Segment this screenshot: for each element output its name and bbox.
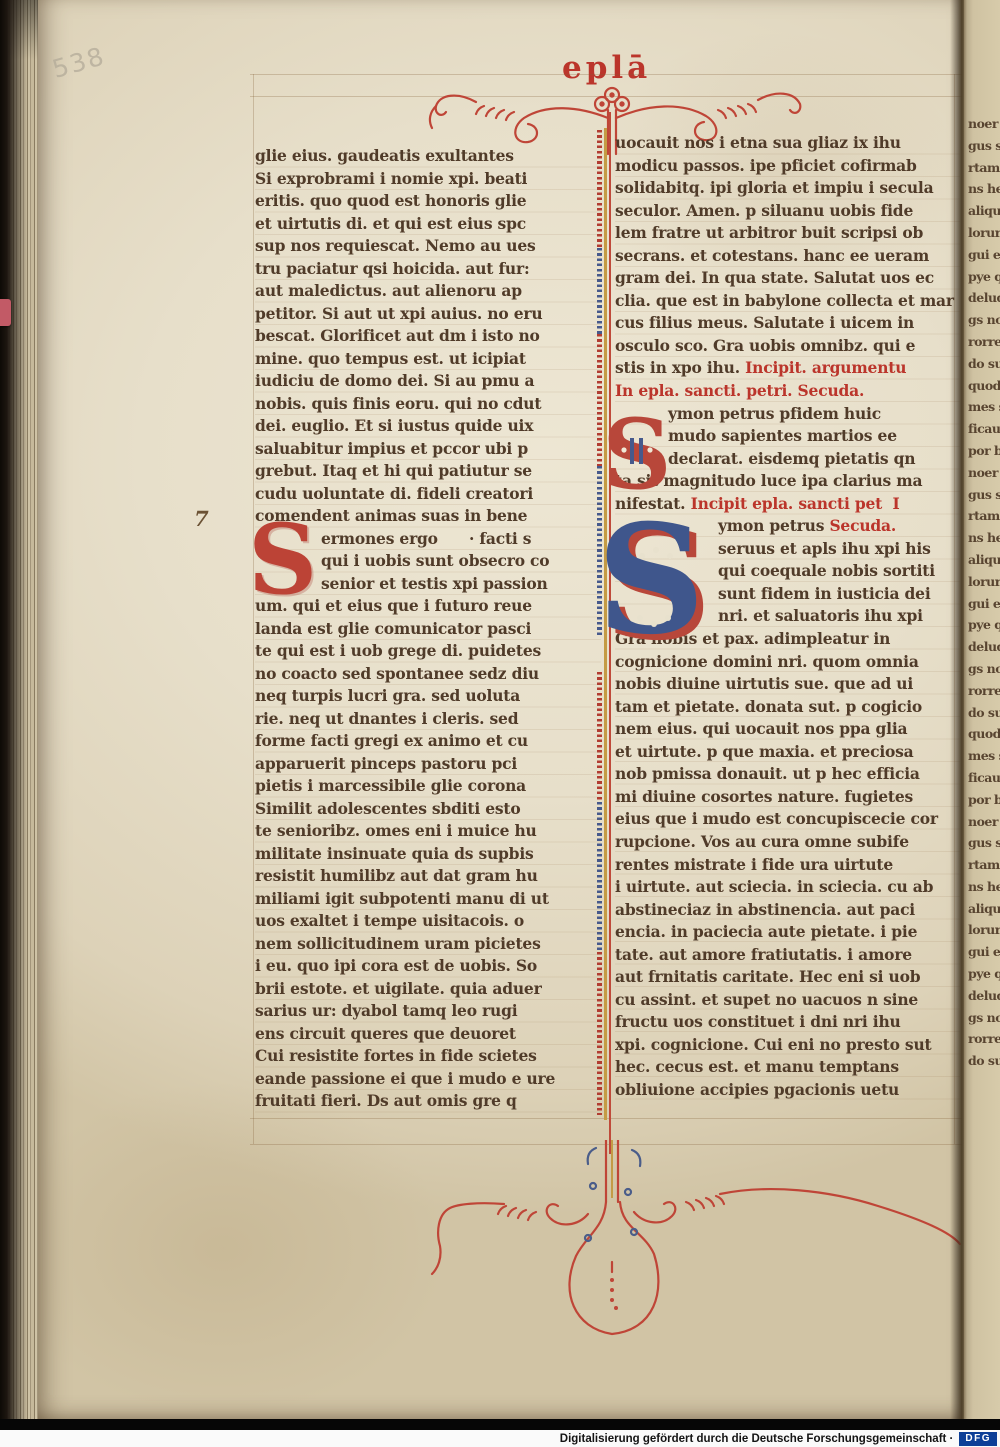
- text-line-fragment: por ba: [968, 441, 1000, 463]
- text-line: tam et pietate. donata sut. p cogicio: [615, 696, 960, 719]
- text-line: eritis. quo quod est honoris glie: [255, 190, 601, 213]
- text-line: senior et testis xpi passion: [321, 573, 601, 596]
- text-line: i eu. quo ipi cora est de uobis. So: [255, 955, 601, 978]
- pencil-folio-number: 538: [49, 41, 109, 84]
- text-line-fragment: rtam u: [968, 158, 1000, 180]
- text-line: cu assint. et supet no uacuos n sine: [615, 989, 960, 1012]
- text-line-fragment: ficau: [968, 768, 1000, 790]
- text-line: Cui resistite fortes in fide scietes: [255, 1045, 601, 1068]
- text-line: In epla. sancti. petri. Secuda.: [615, 380, 960, 403]
- page-gap-shadow: [950, 0, 964, 1419]
- text-line: ymon petrus pfidem huic: [668, 403, 960, 426]
- text-line: rie. neq ut dnantes i cleris. sed: [255, 708, 601, 731]
- text-line: te senioribz. omes eni i muice hu: [255, 820, 601, 843]
- manuscript-page: 538 eplā: [38, 0, 962, 1419]
- text-line: cudu uoluntate di. fideli creatori: [255, 483, 601, 506]
- text-line: clia. que est in babylone collecta et ma…: [615, 290, 960, 313]
- text-line-fragment: rorreo: [968, 332, 1000, 354]
- digitization-credit-bar: Digitalisierung gefördert durch die Deut…: [0, 1430, 1000, 1447]
- text-line: xpi. cognicione. Cui eni no presto sut: [615, 1034, 960, 1057]
- text-line: rupcione. Vos au cura omne subife: [615, 831, 960, 854]
- text-line: i uirtute. aut sciecia. in sciecia. cu a…: [615, 876, 960, 899]
- text-line: gram dei. In qua state. Salutat uos ec: [615, 267, 960, 290]
- text-segment: Incipit epla. sancti pet I: [691, 494, 900, 513]
- text-line-fragment: quod u: [968, 376, 1000, 398]
- running-title-epla: eplā: [562, 50, 651, 86]
- text-line: nobis diuine uirtutis sue. que ad ui: [615, 673, 960, 696]
- text-line: hec. cecus est. et manu temptans: [615, 1056, 960, 1079]
- text-line-fragment: rtam u: [968, 855, 1000, 877]
- text-line: resistit humilibz aut dat gram hu: [255, 865, 601, 888]
- text-line-fragment: mes sa: [968, 397, 1000, 419]
- text-line: petitor. Si aut ut xpi auius. no eru: [255, 303, 601, 326]
- text-line: te qui est i uob grege di. puidetes: [255, 640, 601, 663]
- text-line: abstineciaz in abstinencia. aut paci: [615, 899, 960, 922]
- text-line: mine. quo tempus est. ut icipiat: [255, 348, 601, 371]
- text-line-fragment: gs nos: [968, 310, 1000, 332]
- text-line-fragment: lorur u: [968, 920, 1000, 942]
- text-line-fragment: gui elm: [968, 942, 1000, 964]
- penwork-flourish-bottom-icon: [428, 1140, 973, 1345]
- credit-text: Digitalisierung gefördert durch die Deut…: [560, 1433, 954, 1445]
- svg-text:S: S: [597, 512, 705, 664]
- text-line-fragment: rtam u: [968, 506, 1000, 528]
- dfg-logo: DFG: [959, 1432, 997, 1446]
- decorated-initial-s-argumentum: S: [606, 408, 668, 506]
- text-line: modicu passos. ipe pficiet cofirmab: [615, 155, 960, 178]
- text-line: no coacto sed spontanee sedz diu: [255, 663, 601, 686]
- text-line: iudiciu de domo dei. Si au pmu a: [255, 370, 601, 393]
- text-line: nob pmissa donauit. ut p hec efficia: [615, 763, 960, 786]
- text-line: fructu uos constituet i dni nri ihu: [615, 1011, 960, 1034]
- text-line-fragment: ns hec: [968, 179, 1000, 201]
- text-line: encia. in paciecia aute pietate. i pie: [615, 921, 960, 944]
- text-line: bescat. Glorificet aut dm i isto no: [255, 325, 601, 348]
- text-line: Si exprobrami i nomie xpi. beati: [255, 168, 601, 191]
- text-line: glie eius. gaudeatis exultantes: [255, 145, 601, 168]
- text-line: mi diuine cosortes nature. fugietes: [615, 786, 960, 809]
- text-line: dei. euglio. Et si iustus quide uix: [255, 415, 601, 438]
- text-line: qui i uobis sunt obsecro co: [321, 550, 601, 573]
- text-line: grebut. Itaq et hi qui patiutur se: [255, 460, 601, 483]
- margin-mark: 7: [191, 506, 211, 531]
- bookmark-ribbon: [0, 299, 11, 326]
- text-line: militate insinuate quia ds supbis: [255, 843, 601, 866]
- decorated-initial-s-sermones: S: [248, 516, 317, 604]
- text-line: apparuerit pinceps pastoru pci: [255, 753, 601, 776]
- text-line-fragment: do sul: [968, 703, 1000, 725]
- text-line: saluabitur impius et pccor ubi p: [255, 438, 601, 461]
- text-line: uos exaltet i tempe uisitacois. o: [255, 910, 601, 933]
- text-line-fragment: ficau: [968, 419, 1000, 441]
- text-line: nem sollicitudinem uram picietes: [255, 933, 601, 956]
- text-line-fragment: delud a: [968, 637, 1000, 659]
- text-line: sup nos requiescat. Nemo au ues: [255, 235, 601, 258]
- text-line: secrans. et cotestans. hanc ee ueram: [615, 245, 960, 268]
- text-line: seruus et apls ihu xpi his: [718, 538, 960, 561]
- text-line-fragment: ns hec: [968, 877, 1000, 899]
- text-line: fruitati fieri. Ds aut omis gre q: [255, 1090, 601, 1113]
- text-line-fragment: gus sa: [968, 136, 1000, 158]
- text-line-fragment: do sul: [968, 354, 1000, 376]
- text-line-fragment: noer d: [968, 463, 1000, 485]
- next-page-text-sliver: noer dgus sartam uns hecaliqualorur ugui…: [968, 114, 1000, 1114]
- text-line: sarius ur: dyabol tamq leo rugi: [255, 1000, 601, 1023]
- text-line: nem eius. qui uocauit nos ppa glia: [615, 718, 960, 741]
- text-segment: Secuda.: [829, 516, 896, 535]
- text-line: eius que i mudo est concupiscecie cor: [615, 808, 960, 831]
- text-line-fragment: delud a: [968, 288, 1000, 310]
- text-line: osculo sco. Gra uobis omnibz. qui e: [615, 335, 960, 358]
- text-line-fragment: gui elm: [968, 594, 1000, 616]
- text-line-fragment: gui elm: [968, 245, 1000, 267]
- text-line-fragment: delud a: [968, 986, 1000, 1008]
- text-line: miliami igit subpotenti manu di ut: [255, 888, 601, 911]
- text-line: tru paciatur qsi hoicida. aut fur:: [255, 258, 601, 281]
- text-line-fragment: gus sa: [968, 485, 1000, 507]
- text-line: declarat. eisdemq pietatis qn: [668, 448, 960, 471]
- text-line: ermones ergo · facti s: [321, 528, 601, 551]
- text-line: et uirtutis di. et qui est eius spc: [255, 213, 601, 236]
- scan-frame-bar: [0, 1419, 1000, 1430]
- text-line: solidabitq. ipi gloria et impiu i secula: [615, 177, 960, 200]
- text-line-fragment: ns hec: [968, 528, 1000, 550]
- text-line-fragment: noer d: [968, 812, 1000, 834]
- text-line: et uirtute. p que maxia. et preciosa: [615, 741, 960, 764]
- text-line: uocauit nos i etna sua gliaz ix ihu: [615, 132, 960, 155]
- text-line: nri. et saluatoris ihu xpi: [718, 605, 960, 628]
- text-line: ens circuit queres que deuoret: [255, 1023, 601, 1046]
- ruling-line: [250, 74, 962, 75]
- text-line-fragment: gs nos: [968, 1008, 1000, 1030]
- text-line: sunt fidem in iusticia dei: [718, 583, 960, 606]
- text-line-fragment: por ba: [968, 790, 1000, 812]
- text-line: eande passione ei que i mudo e ure: [255, 1068, 601, 1091]
- text-line: rentes mistrate i fide ura uirtute: [615, 854, 960, 877]
- text-line-fragment: pye qu: [968, 267, 1000, 289]
- text-line: lem fratre ut arbitror buit scripsi ob: [615, 222, 960, 245]
- text-line: stis in xpo ihu. Incipit. argumentu: [615, 357, 960, 380]
- text-line: obliuione accipies pgacionis uetu: [615, 1079, 960, 1102]
- text-line-fragment: pye qu: [968, 615, 1000, 637]
- text-line-fragment: quod u: [968, 724, 1000, 746]
- text-line-fragment: gus sa: [968, 833, 1000, 855]
- text-line-fragment: mes sa: [968, 746, 1000, 768]
- text-line-fragment: do sul: [968, 1051, 1000, 1073]
- text-line: tate. aut amore fratiutatis. i amore: [615, 944, 960, 967]
- text-line: seculor. Amen. p siluanu uobis fide: [615, 200, 960, 223]
- book-page-edges: [0, 0, 40, 1419]
- text-line-fragment: noer d: [968, 114, 1000, 136]
- text-line: cus filius meus. Salutate i uicem in: [615, 312, 960, 335]
- text-line-fragment: rorreo: [968, 681, 1000, 703]
- text-line: forme facti gregi ex animo et cu: [255, 730, 601, 753]
- text-line: brii estote. et uigilate. quia aduer: [255, 978, 601, 1001]
- text-line: Similit adolescentes sbditi esto: [255, 798, 601, 821]
- text-line-fragment: aliqua: [968, 550, 1000, 572]
- text-line: landa est glie comunicator pasci: [255, 618, 601, 641]
- text-segment: ymon petrus: [718, 516, 829, 535]
- text-line-fragment: lorur u: [968, 223, 1000, 245]
- text-line: ymon petrus Secuda.: [718, 515, 960, 538]
- text-line-fragment: pye qu: [968, 964, 1000, 986]
- text-line: neq turpis lucri gra. sed uoluta: [255, 685, 601, 708]
- text-segment: stis in xpo ihu.: [615, 358, 745, 377]
- text-line-fragment: aliqua: [968, 899, 1000, 921]
- text-line: mudo sapientes martios ee: [668, 425, 960, 448]
- text-line-fragment: aliqua: [968, 201, 1000, 223]
- left-text-column: glie eius. gaudeatis exultantesSi exprob…: [255, 145, 601, 1113]
- text-line: pietis i marcessibile glie corona: [255, 775, 601, 798]
- text-line: nobis. quis finis eoru. qui no cdut: [255, 393, 601, 416]
- text-line-fragment: gs nos: [968, 659, 1000, 681]
- text-line: qui coequale nobis sortiti: [718, 560, 960, 583]
- decorated-initial-s-epistle: S S: [596, 512, 712, 664]
- text-line-fragment: lorur u: [968, 572, 1000, 594]
- text-line: aut frnitatis caritate. Hec eni si uob: [615, 966, 960, 989]
- text-segment: Incipit. argumentu: [745, 358, 906, 377]
- text-line-fragment: rorreo: [968, 1029, 1000, 1051]
- svg-text:S: S: [606, 408, 668, 506]
- text-line: aut maledictus. aut alienoru ap: [255, 280, 601, 303]
